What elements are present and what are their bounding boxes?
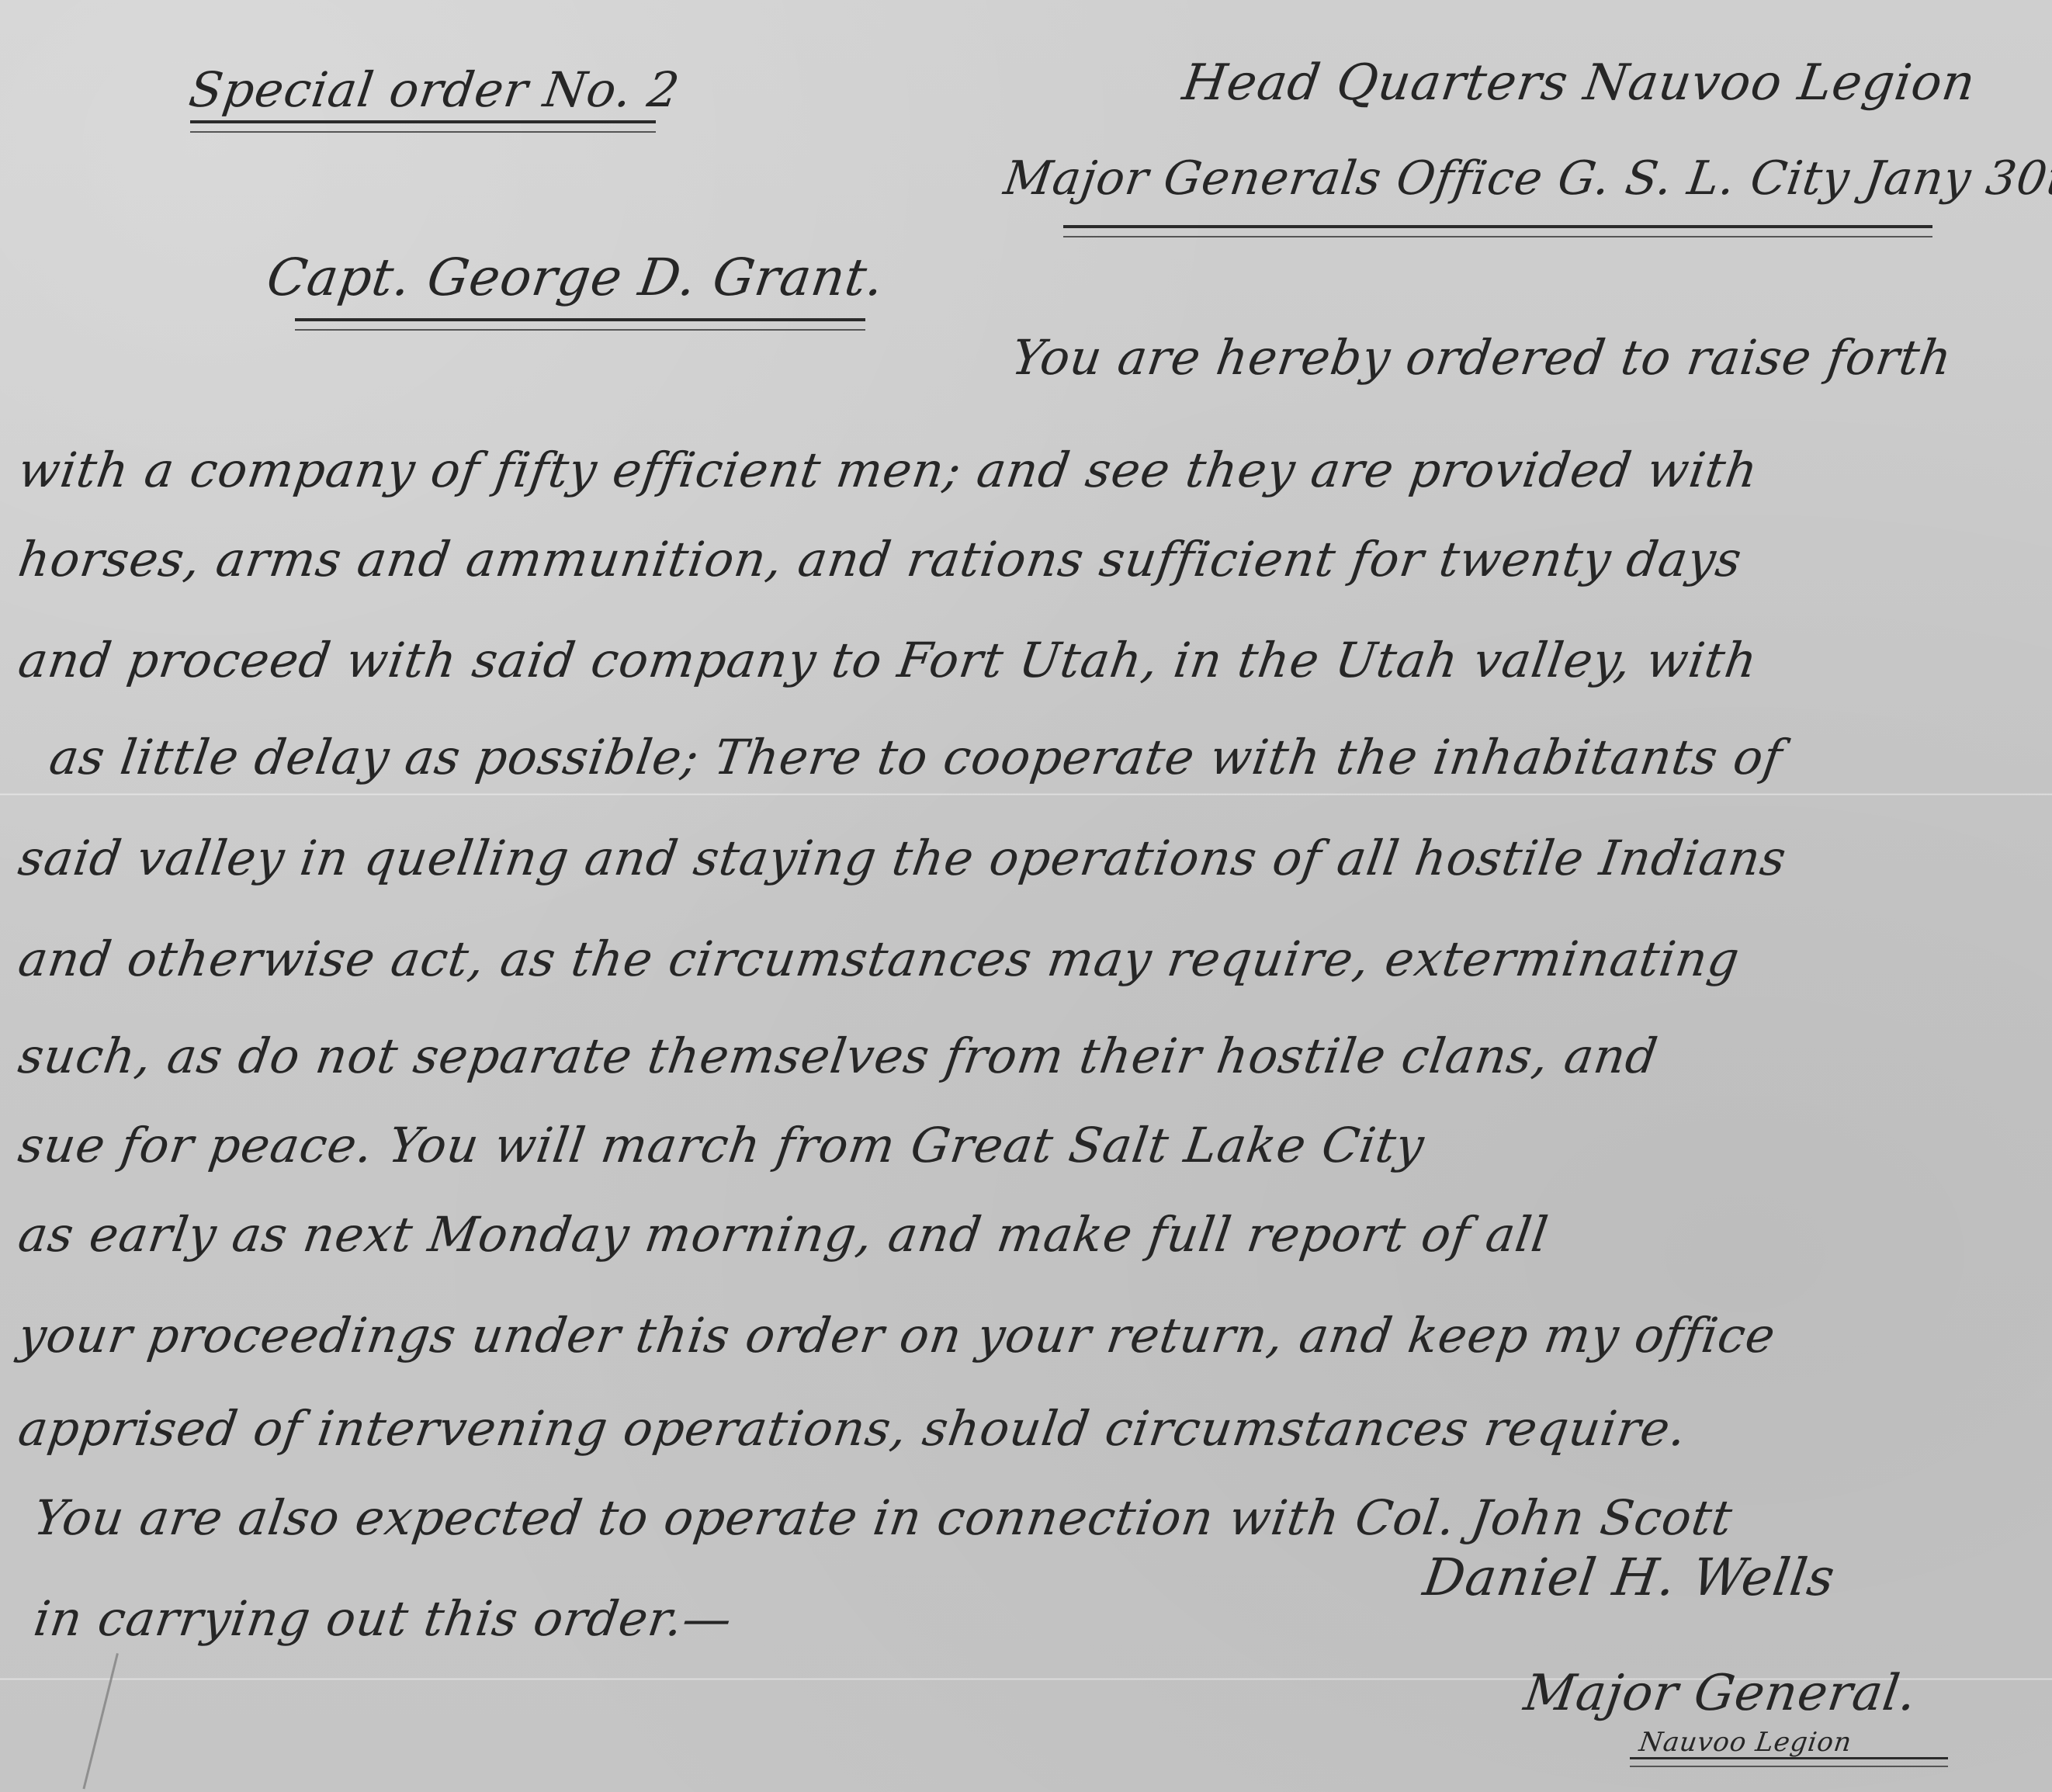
handwritten-letter-page: Special order No. 2 Head Quarters Nauvoo…	[0, 0, 2052, 1792]
body-line: as little delay as possible; There to co…	[47, 733, 1786, 782]
body-line: horses, arms and ammunition, and rations…	[16, 536, 1745, 584]
body-line: You are also expected to operate in conn…	[31, 1494, 1735, 1542]
signature-unit: Nauvoo Legion	[1638, 1729, 1853, 1756]
body-line: with a company of fifty efficient men; a…	[16, 446, 1761, 494]
signature-rank: Major General.	[1521, 1669, 1920, 1718]
title-underline	[190, 120, 656, 133]
body-line: apprised of intervening operations, shou…	[16, 1405, 1690, 1453]
body-line: and proceed with said company to Fort Ut…	[16, 636, 1760, 685]
stray-pen-stroke	[82, 1653, 118, 1789]
office-date-line: Major Generals Office G. S. L. City Jany…	[1001, 155, 2052, 202]
addressee: Capt. George D. Grant.	[264, 252, 887, 303]
signature-unit-underline	[1630, 1757, 1948, 1767]
order-title: Special order No. 2	[186, 66, 683, 114]
body-line: as early as next Monday morning, and mak…	[16, 1211, 1551, 1259]
signature-name: Daniel H. Wells	[1420, 1552, 1838, 1603]
body-line: sue for peace. You will march from Great…	[16, 1121, 1427, 1170]
body-line: such, as do not separate themselves from…	[16, 1032, 1661, 1080]
addressee-underline	[295, 318, 865, 331]
body-line: and otherwise act, as the circumstances …	[16, 935, 1742, 983]
body-line: your proceedings under this order on you…	[16, 1312, 1779, 1360]
office-underline	[1063, 225, 1932, 237]
headquarters-line: Head Quarters Nauvoo Legion	[1180, 58, 1978, 108]
body-line: You are hereby ordered to raise forth	[1009, 334, 1955, 382]
paper-fold-crease	[0, 793, 2052, 795]
body-line: in carrying out this order.—	[31, 1595, 735, 1643]
body-line: said valley in quelling and staying the …	[16, 834, 1790, 882]
